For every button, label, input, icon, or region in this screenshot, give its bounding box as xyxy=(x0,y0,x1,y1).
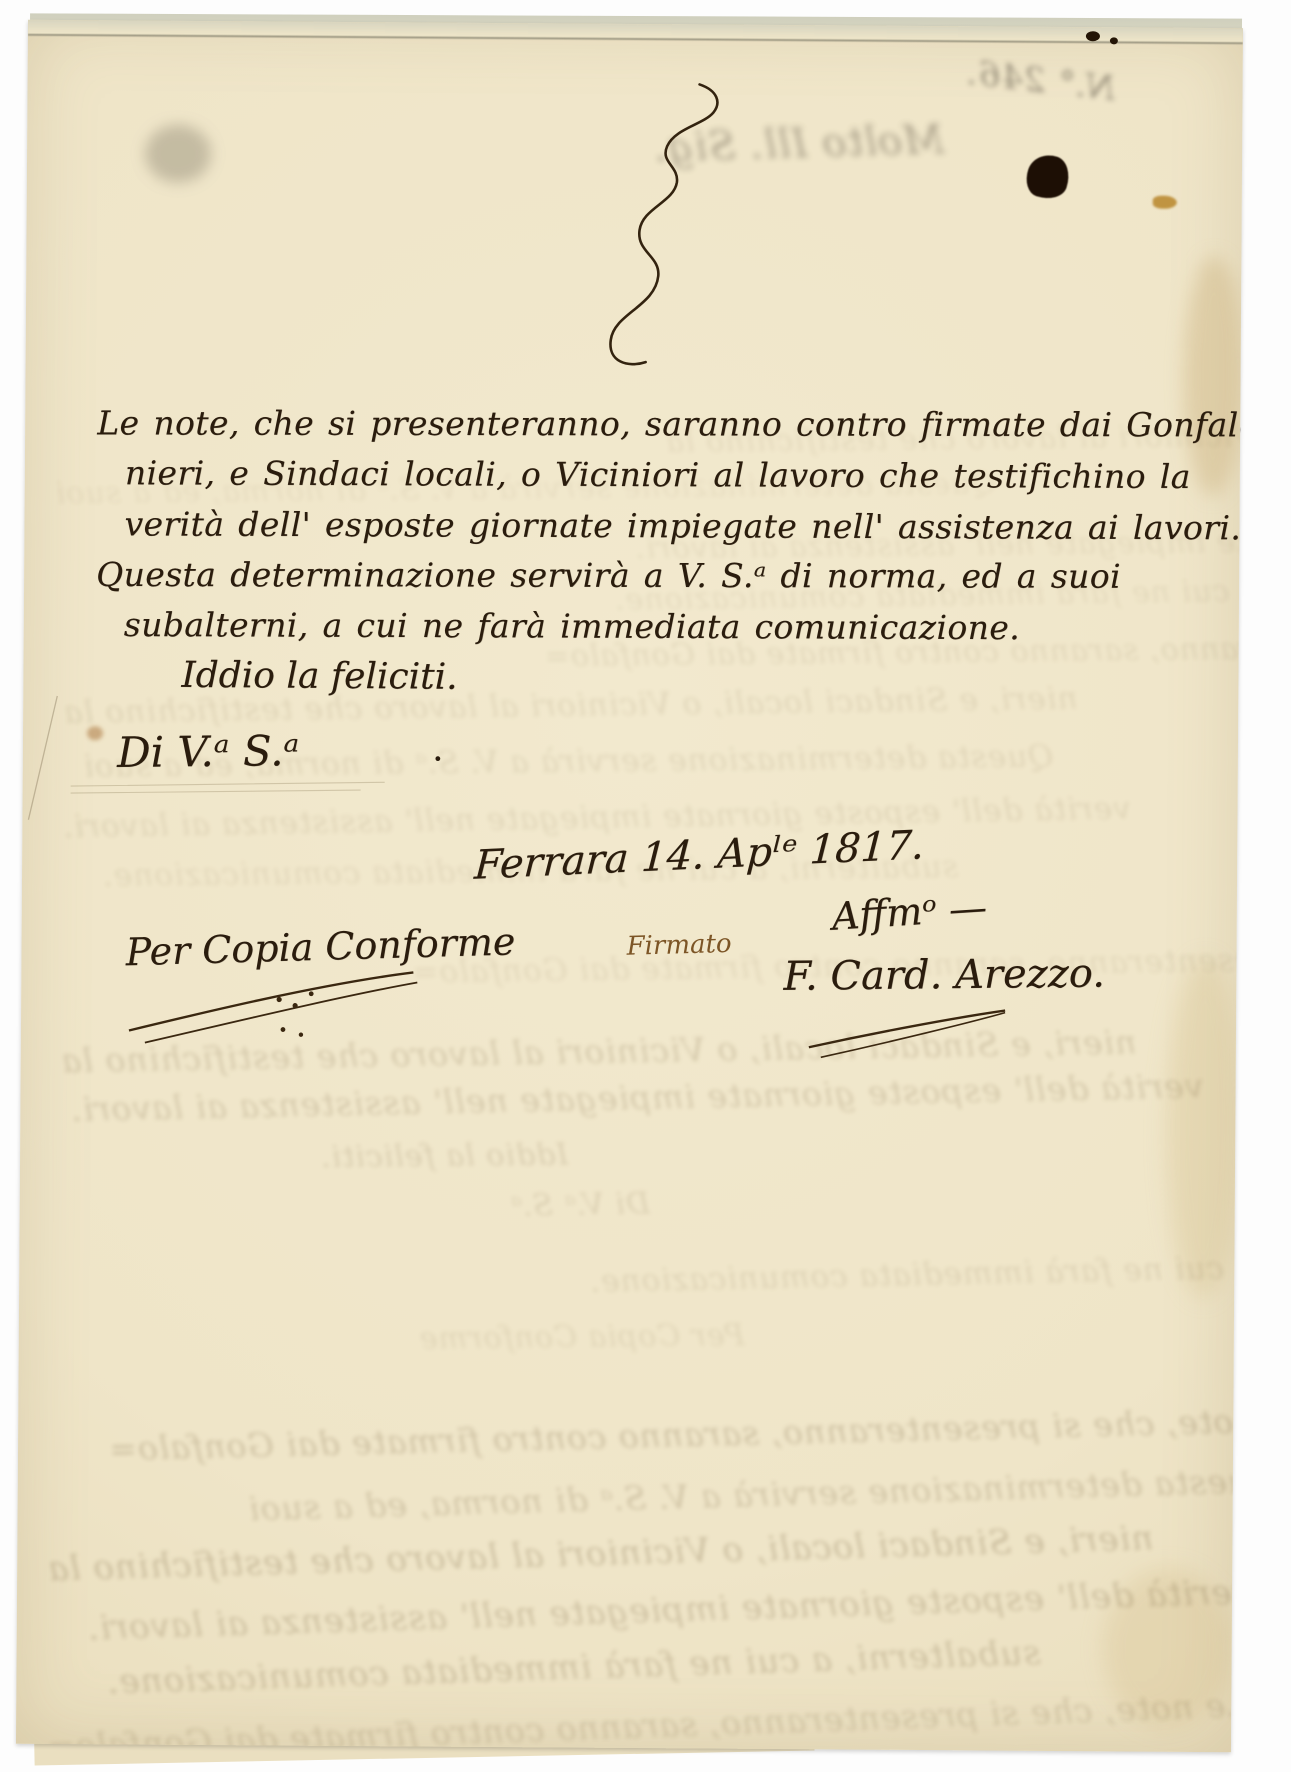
ink-smudge xyxy=(145,125,211,183)
water-stain xyxy=(1183,256,1243,496)
signature-affmo: Affmᵒ — xyxy=(831,885,989,939)
water-stain xyxy=(1165,958,1243,1299)
bleedthrough-line: Questa determinazione servirà a V. S.ᵃ d… xyxy=(247,1461,1243,1529)
flourish-dot xyxy=(293,1003,298,1008)
letter-body-line: verità dell' esposte giornate impiegate … xyxy=(124,504,1241,547)
wax-fleck xyxy=(1153,196,1177,209)
flourish-dot xyxy=(281,1027,286,1032)
crease-line xyxy=(28,696,57,820)
bleedthrough-line: Di V.ᵃ S.ᵃ xyxy=(509,1186,650,1223)
bleedthrough-line: Per Copia Conforme xyxy=(419,1318,745,1356)
valediction: Iddio la feliciti. xyxy=(181,655,457,698)
letter-body-line: Le note, che si presenteranno, saranno c… xyxy=(97,403,1243,444)
bleedthrough-address: Molto Ill. Sig. xyxy=(653,117,945,171)
flourish-dot xyxy=(277,997,282,1002)
firmato-annotation: Firmato xyxy=(626,929,732,962)
signature-name: F. Card. Arezzo. xyxy=(783,950,1105,999)
closing-salutation: Di V.ᵃ S.ᵃ xyxy=(117,726,300,777)
scanned-letter-page: N.° 246. Molto Ill. Sig. nieri, e Sindac… xyxy=(0,0,1291,1772)
ink-speck xyxy=(1110,37,1118,44)
letter-paper: N.° 246. Molto Ill. Sig. nieri, e Sindac… xyxy=(16,20,1243,1752)
ink-blot xyxy=(1021,149,1075,204)
bleedthrough-line: nieri, e Sindaci locali, o Viciniori al … xyxy=(47,1518,1154,1589)
ink-speck xyxy=(1086,31,1100,41)
bleedthrough-line: subalterni, a cui ne farà immediata comu… xyxy=(589,1246,1243,1300)
per-copia-underline-flourish xyxy=(129,970,413,1032)
letter-body-line: Questa determinazione servirà a V. S.ᵃ d… xyxy=(96,555,1121,596)
bleedthrough-line: verità dell' esposte giornate impiegate … xyxy=(87,1572,1243,1649)
flourish-dot xyxy=(309,991,314,996)
bleedthrough-line: Iddio la feliciti. xyxy=(320,1137,568,1175)
letter-body-line: subalterni, a cui ne farà immediata comu… xyxy=(124,605,1020,647)
letter-body-line: nieri, e Sindaci locali, o Viciniori al … xyxy=(125,453,1191,496)
bleedthrough-doc-number: N.° 246. xyxy=(964,53,1117,109)
bleedthrough-line: Le note, che si presenteranno, saranno c… xyxy=(108,1400,1243,1468)
